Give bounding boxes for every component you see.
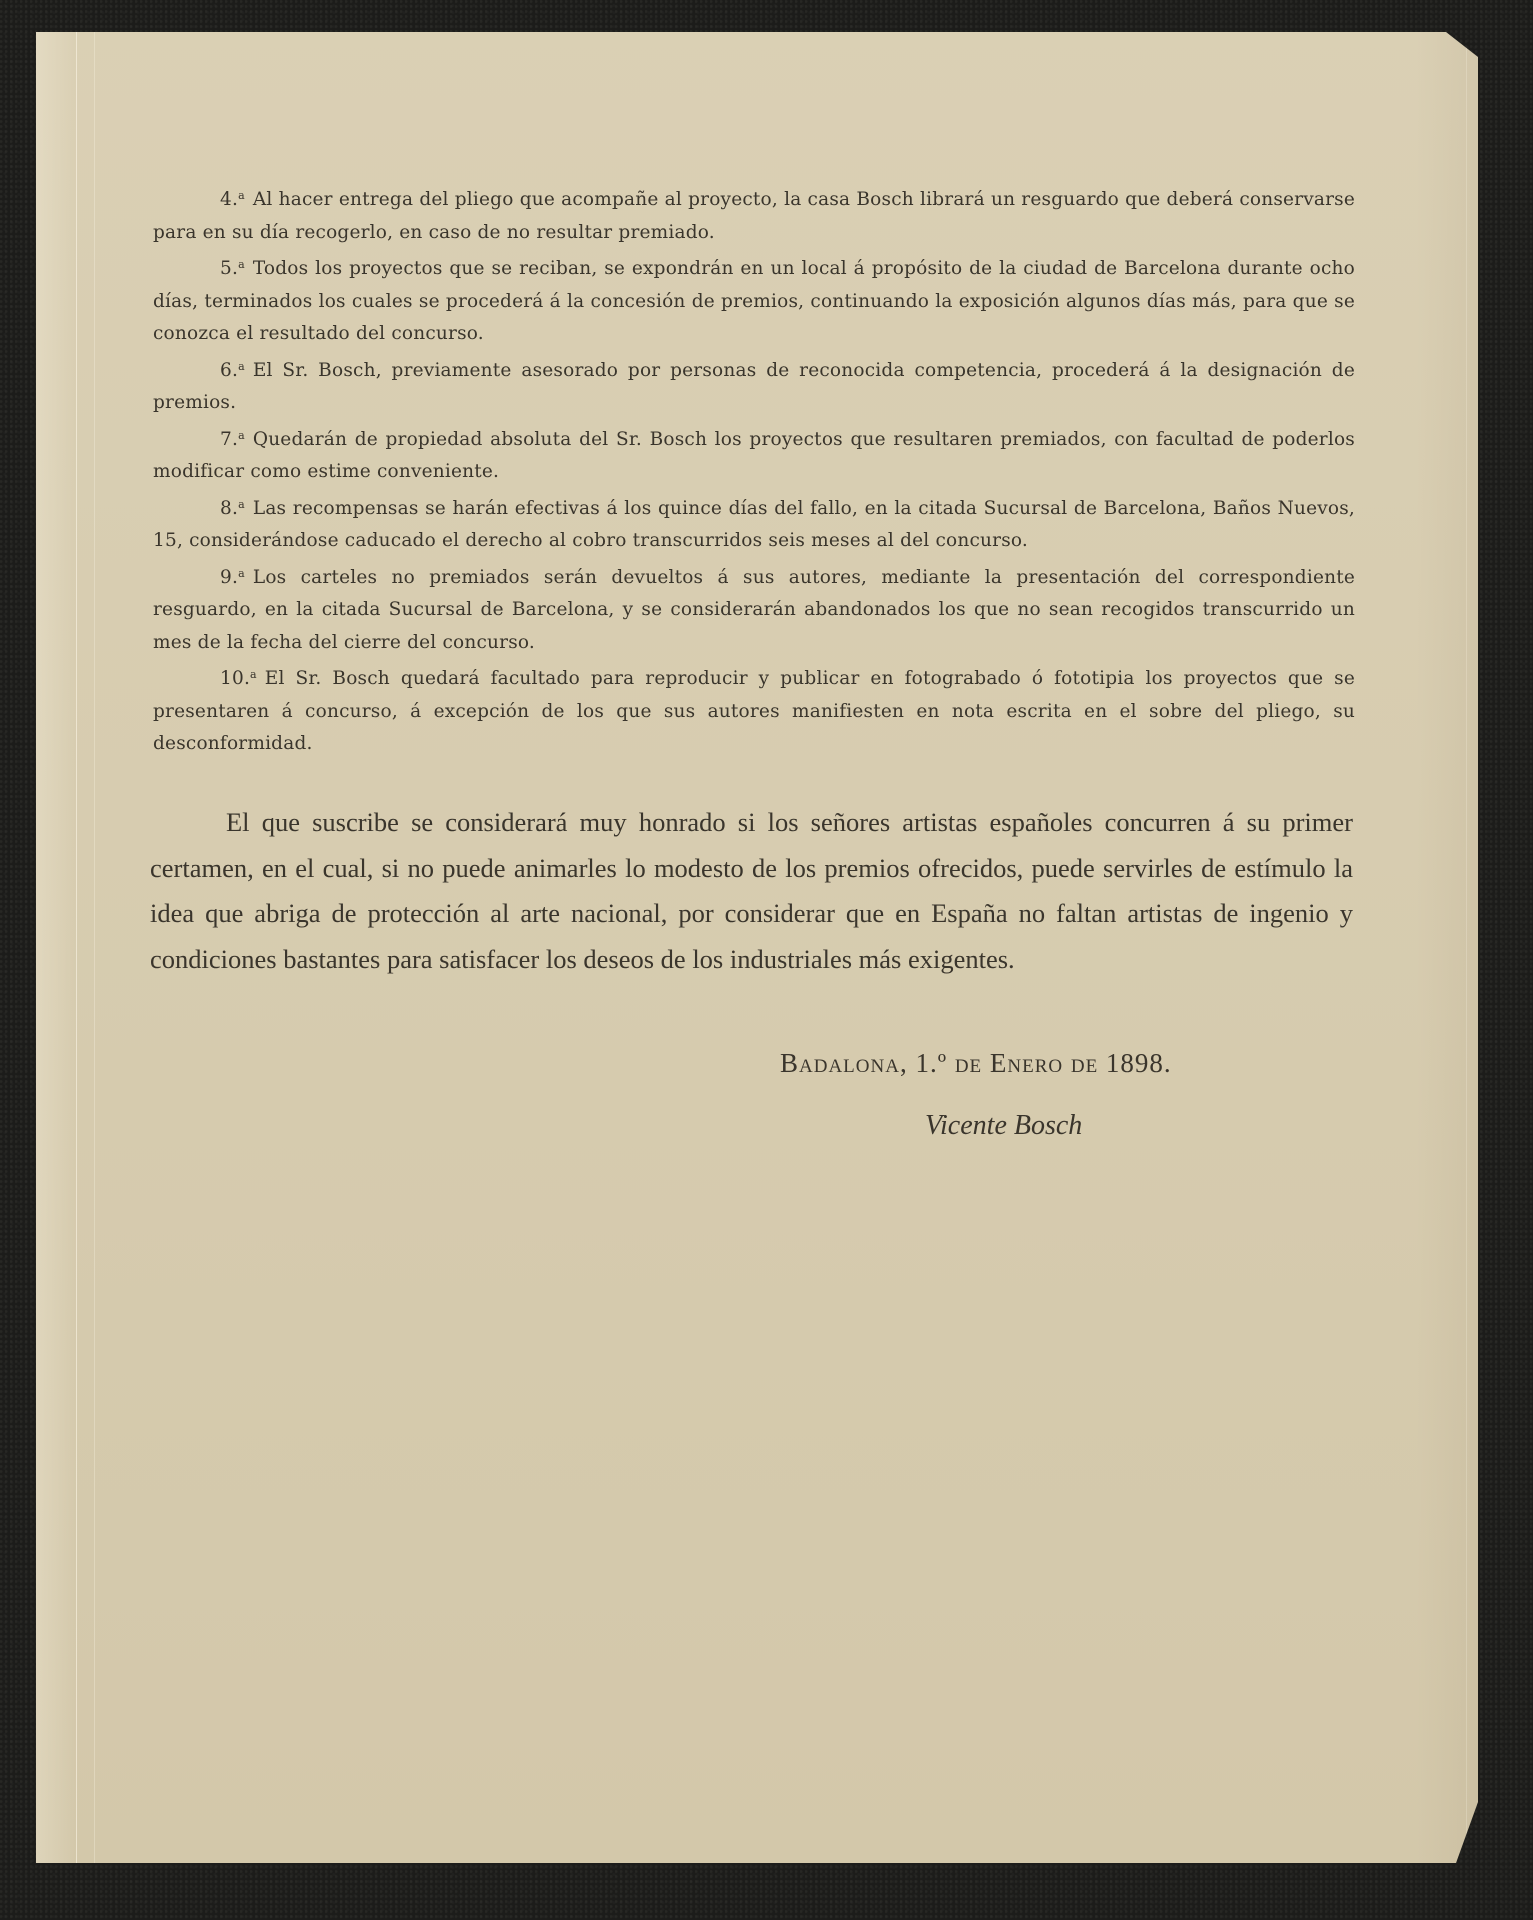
closing-paragraph-text: El que suscribe se considerará muy honra… — [150, 800, 1353, 982]
dateline: Badalona, 1.º de Enero de 1898. — [780, 1045, 1172, 1081]
paper-crease — [76, 32, 77, 1863]
clauses-list: 4.aAl hacer entrega del pliego que acomp… — [153, 180, 1355, 761]
clause-10: 10.aEl Sr. Bosch quedará facultado para … — [153, 659, 1355, 761]
signature: Vicente Bosch — [925, 1108, 1082, 1144]
clause-5: 5.aTodos los proyectos que se reciban, s… — [153, 249, 1355, 351]
paper-crease — [94, 32, 95, 1863]
clause-7: 7.aQuedarán de propiedad absoluta del Sr… — [153, 420, 1355, 489]
clause-4: 4.aAl hacer entrega del pliego que acomp… — [153, 180, 1355, 249]
clause-8: 8.aLas recompensas se harán efectivas á … — [153, 489, 1355, 558]
clause-9: 9.aLos carteles no premiados serán devue… — [153, 558, 1355, 660]
paper-crease — [1466, 32, 1467, 1863]
clause-6: 6.aEl Sr. Bosch, previamente asesorado p… — [153, 351, 1355, 420]
closing-paragraph: El que suscribe se considerará muy honra… — [150, 800, 1353, 982]
